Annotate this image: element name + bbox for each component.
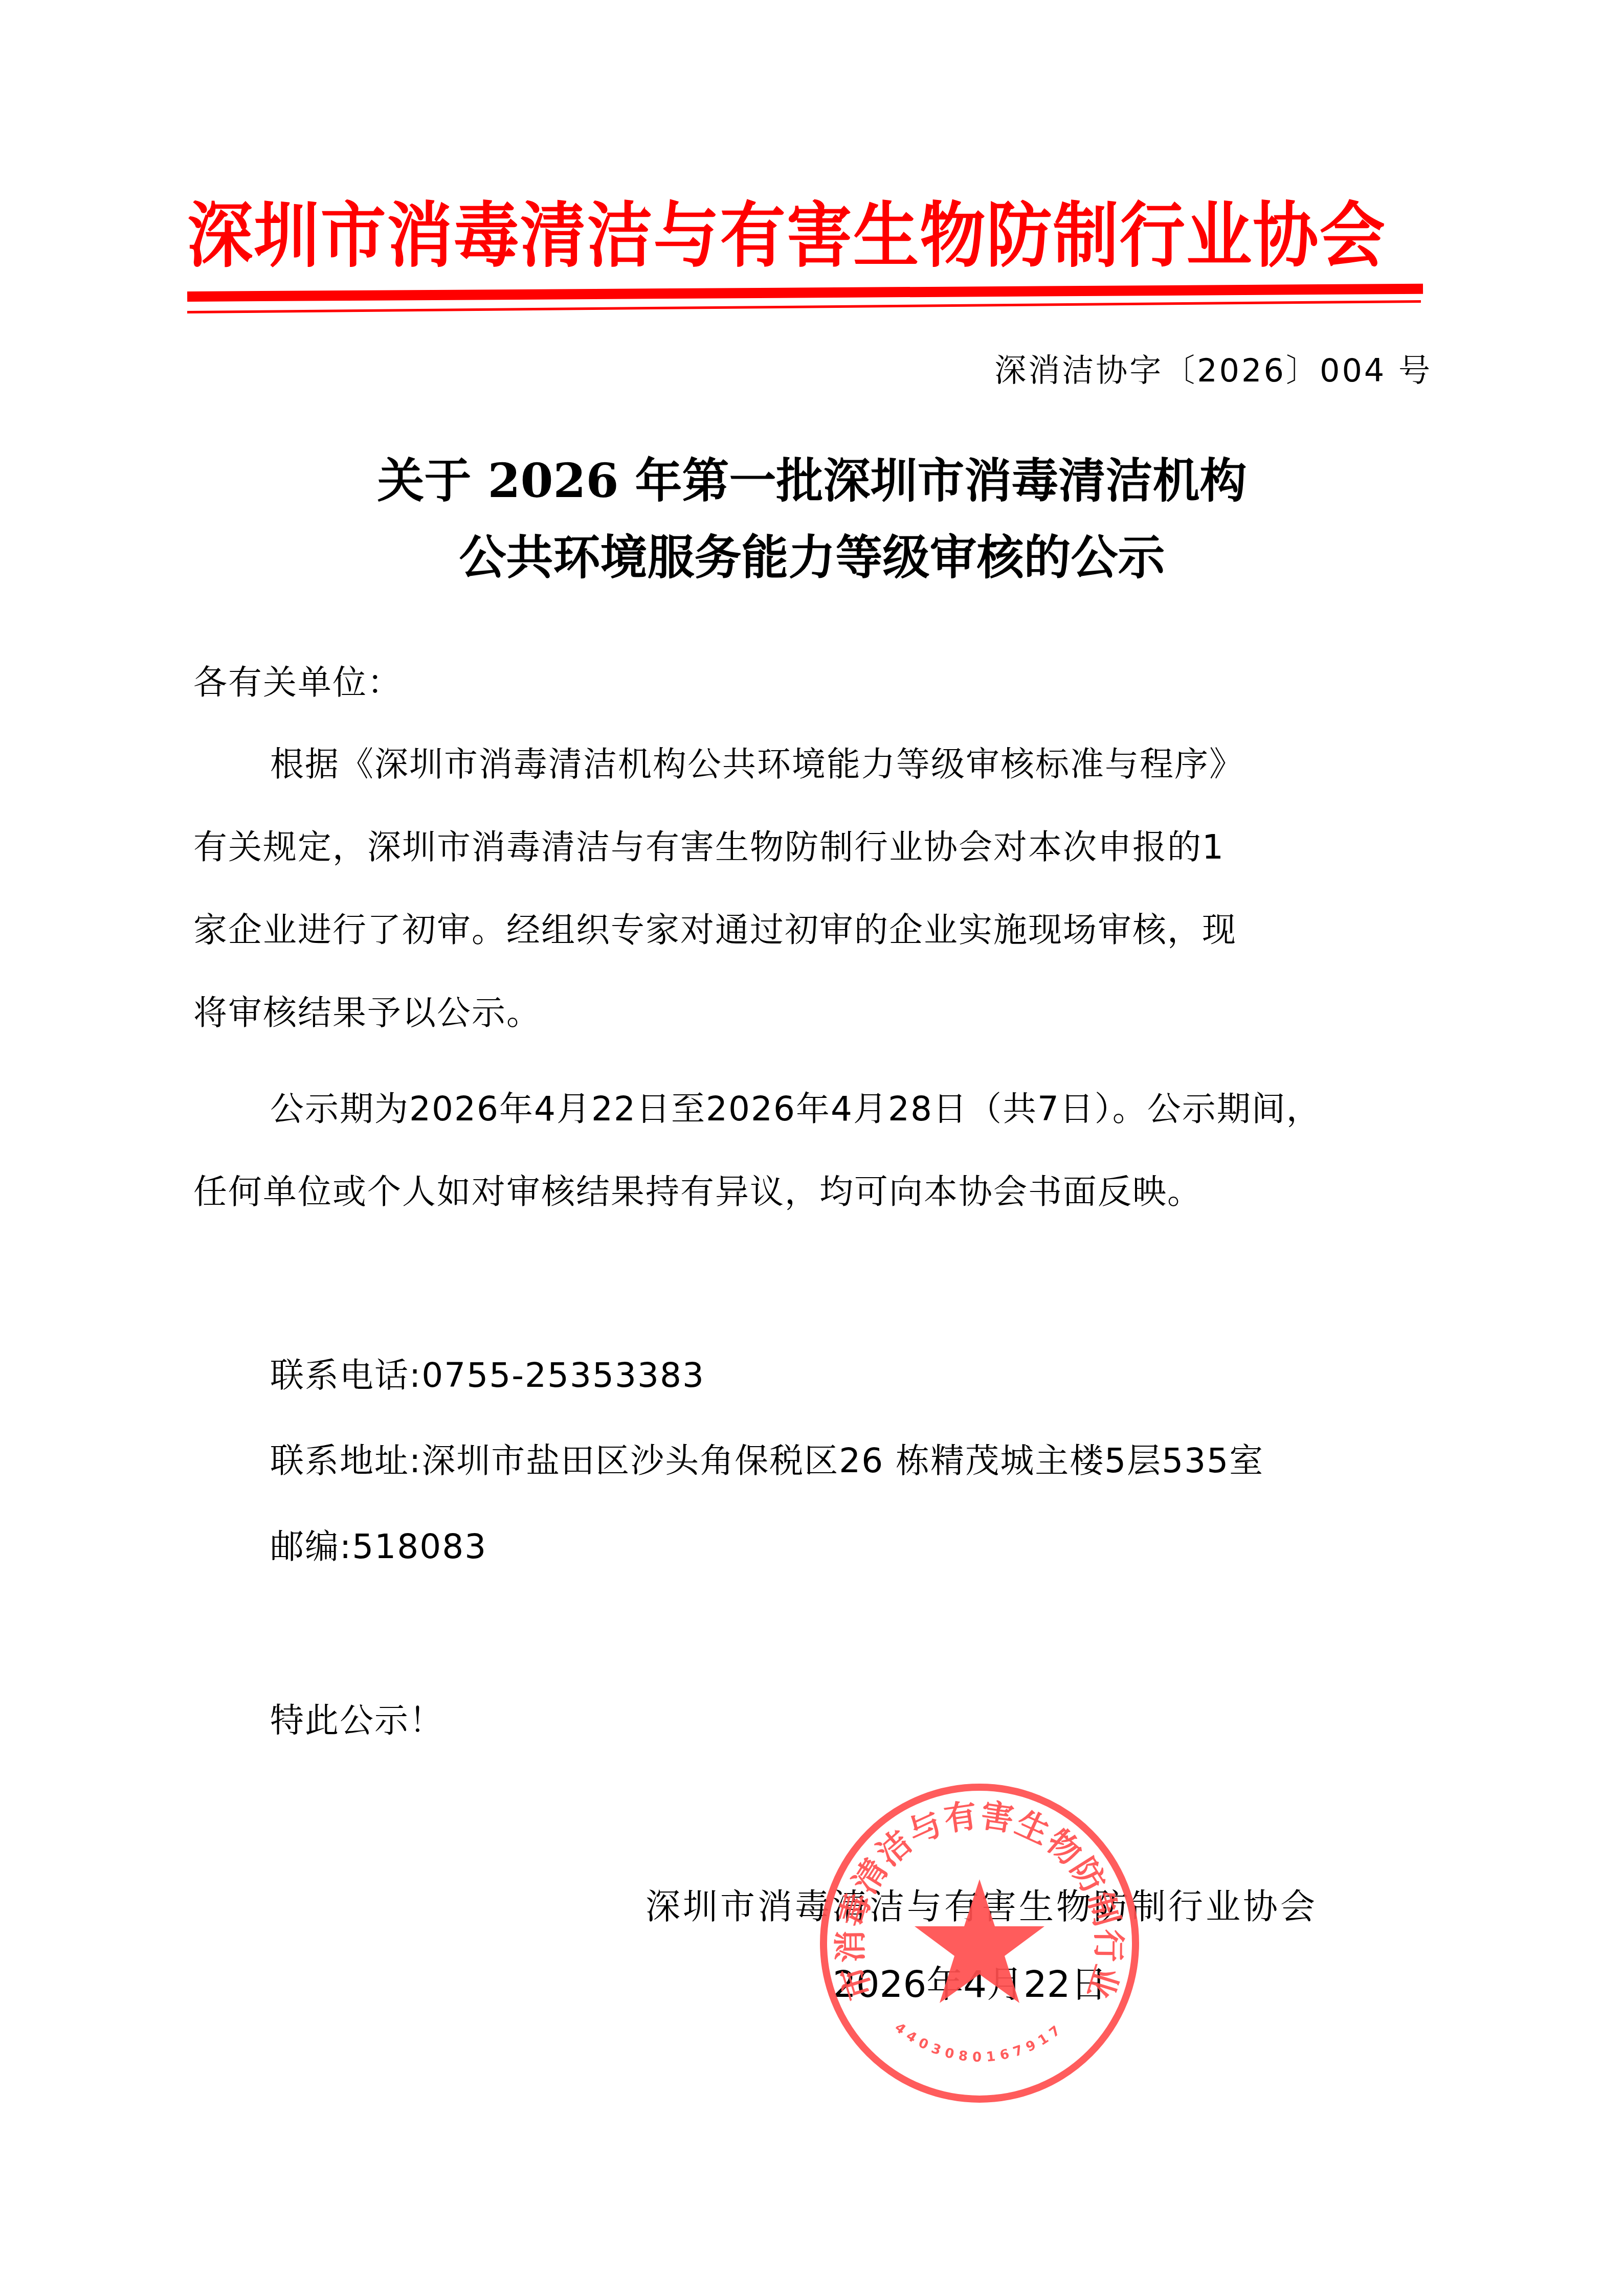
- contact-address: 联系地址:深圳市盐田区沙头角保税区26 栋精茂城主楼5层535室: [270, 1438, 1264, 1484]
- document-title-line-1: 关于 2026 年第一批深圳市消毒清洁机构: [0, 450, 1624, 511]
- letterhead-thin-rule: [187, 300, 1421, 313]
- paragraph-line: 任何单位或个人如对审核结果持有异议，均可向本协会书面反映。: [193, 1169, 1202, 1215]
- svg-text:4403080167917: 4403080167917: [892, 2020, 1067, 2065]
- closing-statement: 特此公示！: [270, 1698, 444, 1744]
- letterhead-thick-rule: [187, 284, 1423, 302]
- paragraph-line: 公示期为2026年4月22日至2026年4月28日（共7日）。公示期间，: [270, 1086, 1321, 1132]
- contact-phone: 联系电话:0755-25353383: [270, 1353, 705, 1399]
- paragraph-line: 根据《深圳市消毒清洁机构公共环境能力等级审核标准与程序》: [270, 741, 1244, 787]
- contact-postcode: 邮编:518083: [270, 1524, 487, 1570]
- official-seal-icon: 深圳市消毒清洁与有害生物防制行业协会 4403080167917: [818, 1782, 1141, 2104]
- document-title-line-2: 公共环境服务能力等级审核的公示: [0, 527, 1624, 588]
- paragraph-line: 有关规定，深圳市消毒清洁与有害生物防制行业协会对本次申报的1: [193, 824, 1225, 870]
- document-number: 深消洁协字〔2026〕004 号: [994, 348, 1432, 394]
- paragraph-line: 将审核结果予以公示。: [193, 990, 541, 1036]
- seal-code: 4403080167917: [892, 2020, 1067, 2065]
- letterhead-org-name: 深圳市消毒清洁与有害生物防制行业协会: [187, 197, 1339, 274]
- paragraph-line: 家企业进行了初审。经组织专家对通过初审的企业实施现场审核，现: [193, 907, 1237, 953]
- salutation: 各有关单位：: [193, 660, 402, 706]
- seal-star-icon: [915, 1879, 1044, 2003]
